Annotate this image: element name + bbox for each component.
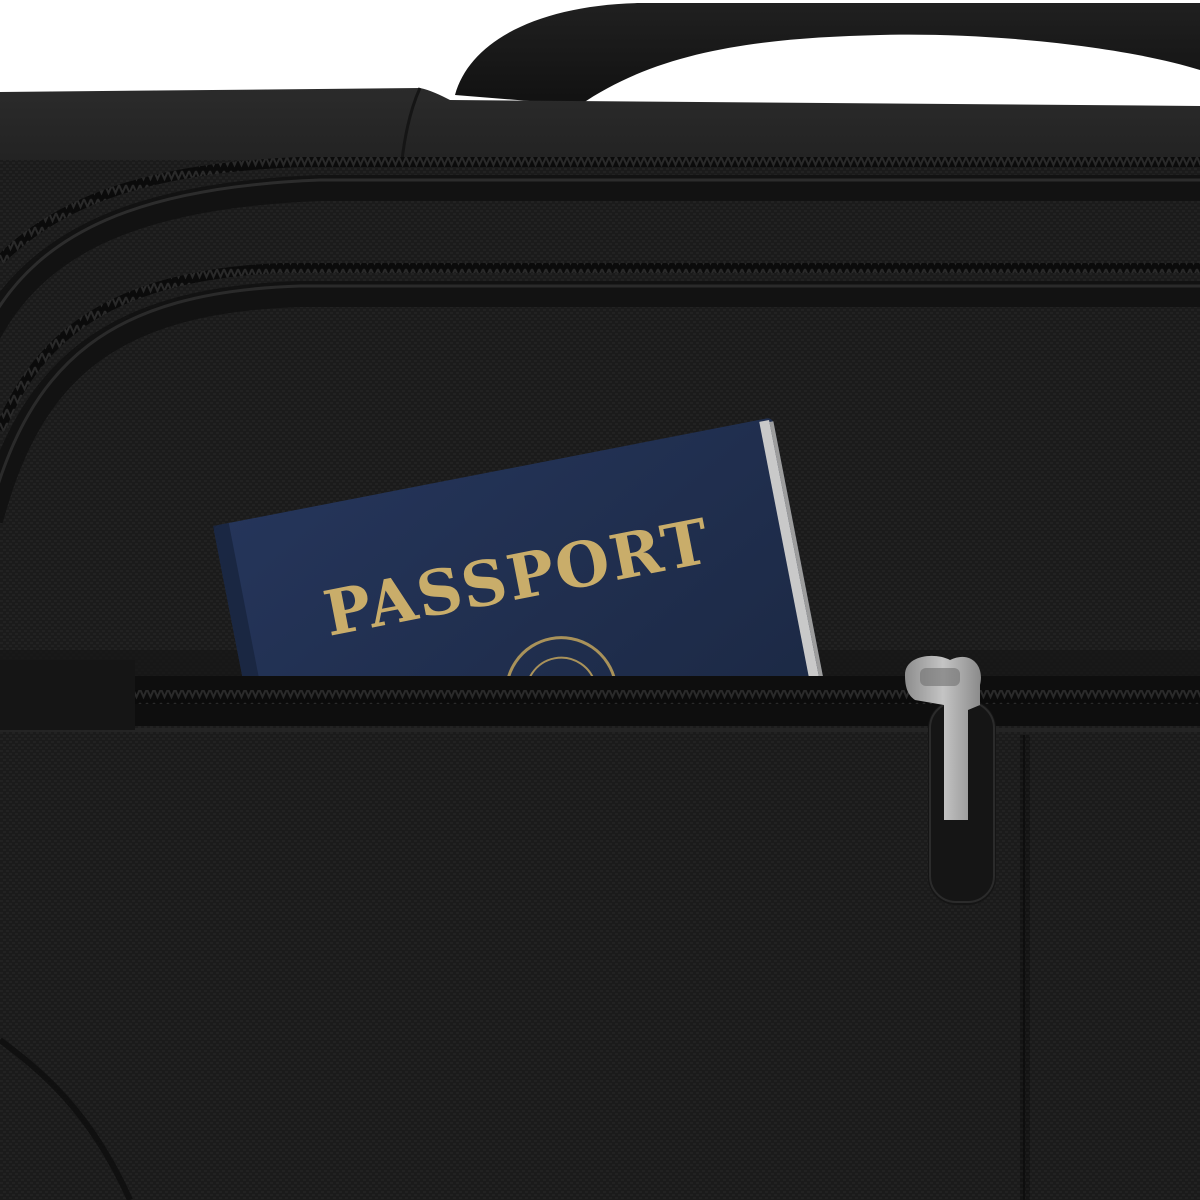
- luggage-illustration: PASSPORT: [0, 0, 1200, 1200]
- pocket-zipper-teeth: [135, 690, 1200, 704]
- product-photo: PASSPORT: [0, 0, 1200, 1200]
